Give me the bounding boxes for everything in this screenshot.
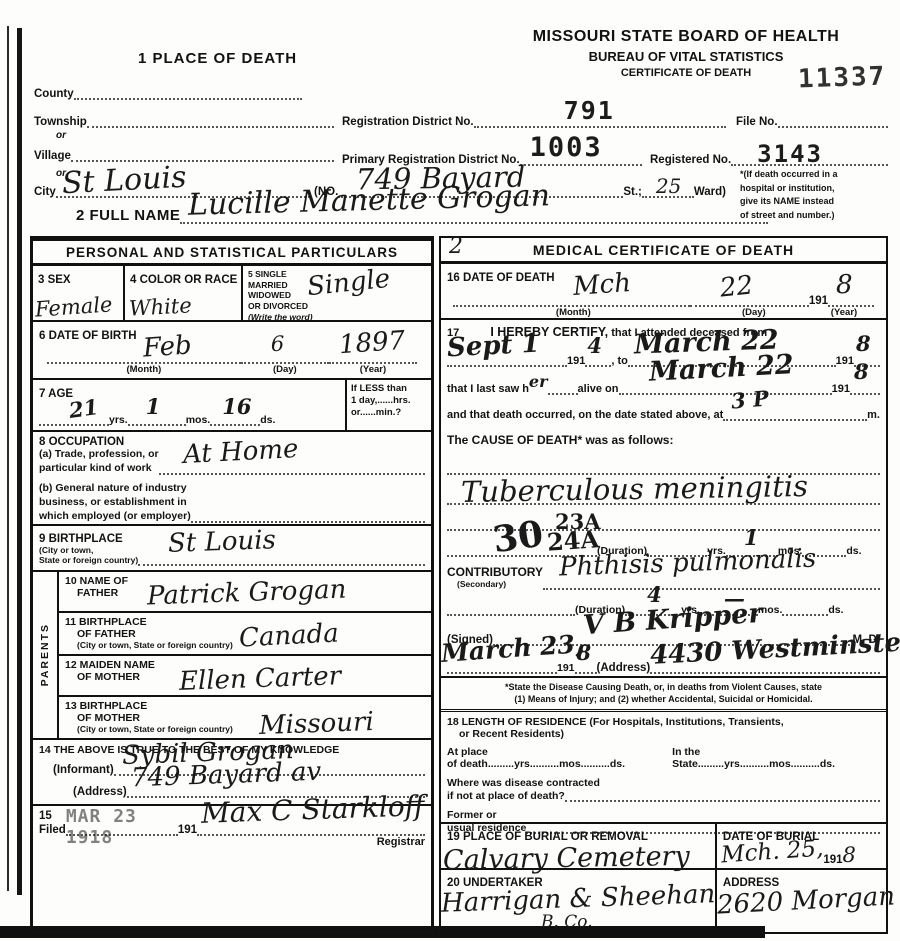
mother-name-handwritten: Ellen Carter — [179, 663, 342, 695]
father-name-handwritten: Patrick Grogan — [147, 577, 347, 610]
father-birthplace-row: 11 BIRTHPLACE OF FATHER (City or town, S… — [59, 613, 431, 656]
certificate-document: 1 PLACE OF DEATH MISSOURI STATE BOARD OF… — [30, 26, 888, 934]
board-title: MISSOURI STATE BOARD OF HEALTH — [490, 28, 882, 46]
township-label: Township — [34, 116, 87, 128]
filed-date-stamp: MAR 23 1918 — [66, 806, 178, 848]
undertaker-cell: 20 UNDERTAKER Harrigan & Sheehan B. Co. — [441, 870, 717, 932]
occupation-row: 8 OCCUPATION (a) Trade, profession, or p… — [33, 432, 431, 526]
father-birthplace-handwritten: Canada — [238, 620, 339, 651]
contributory-handwritten: Phthisis pulmonalis — [559, 545, 817, 580]
sex-cell: 3 SEX Female — [33, 266, 125, 320]
parents-vertical-label: PARENTS — [33, 572, 59, 738]
village-blank — [71, 160, 334, 162]
burial-place-cell: 19 PLACE OF BURIAL OR REMOVAL Calvary Ce… — [441, 824, 717, 868]
file-no-label: File No. — [736, 116, 778, 128]
st-label: St.; — [623, 186, 642, 198]
place-of-death-title: 1 PLACE OF DEATH — [138, 50, 297, 67]
contributory-label: CONTRIBUTORY — [447, 565, 543, 579]
year-sublabel: (Year) — [329, 364, 417, 375]
sex-color-marital-row: 3 SEX Female 4 COLOR OR RACE White 5 SIN… — [33, 266, 431, 322]
column-mark-handwritten: 2 — [449, 236, 463, 258]
age-row: 7 AGE 21 yrs. 1 mos. 16 — [33, 380, 431, 432]
filed-row: 15 Filed MAR 23 1918 191 Max C Starkloff… — [33, 806, 431, 862]
file-no-row: File No. — [736, 116, 888, 128]
dod-year-handwritten: 8 — [836, 272, 853, 298]
occupation-b-blank — [191, 510, 425, 523]
registered-no-row: Registered No. 3143 — [650, 154, 888, 166]
full-name-handwritten: Lucille Manette Grogan — [188, 181, 551, 220]
file-no-blank — [778, 126, 888, 128]
primary-registration-line: 1003 — [520, 164, 642, 166]
dob-year-handwritten: 1897 — [338, 328, 406, 359]
village-label: Village — [34, 150, 71, 162]
age-mos-handwritten: 1 — [146, 396, 161, 417]
registration-district-line: 791 — [474, 126, 726, 128]
death-certificate-scan: 1 PLACE OF DEATH MISSOURI STATE BOARD OF… — [0, 0, 900, 941]
medical-certificate-column: 2 MEDICAL CERTIFICATE OF DEATH 16 DATE O… — [439, 236, 888, 934]
cause-of-death-label: The CAUSE OF DEATH* was as follows: — [447, 433, 880, 447]
last-saw-year-handwritten: 8 — [854, 361, 869, 382]
mother-birthplace-handwritten: Missouri — [259, 709, 375, 739]
header-section: 1 PLACE OF DEATH MISSOURI STATE BOARD OF… — [30, 26, 888, 236]
township-row: Township — [34, 116, 334, 128]
age-yrs-handwritten: 21 — [68, 396, 100, 421]
certificate-number-stamp: 11337 — [797, 61, 886, 94]
dod-day-handwritten: 22 — [719, 272, 755, 301]
birthplace-row: 9 BIRTHPLACE (City or town, State or for… — [33, 526, 431, 572]
registered-no-stamp: 3143 — [757, 140, 823, 168]
burial-date-year-handwritten: 8 — [843, 845, 856, 866]
attended-to-year-handwritten: 8 — [856, 333, 871, 354]
agency-header: MISSOURI STATE BOARD OF HEALTH BUREAU OF… — [490, 28, 882, 79]
county-label: County — [34, 88, 74, 100]
marital-note: (Write the word) — [248, 312, 426, 323]
certificate-body: PERSONAL AND STATISTICAL PARTICULARS 3 S… — [30, 236, 888, 934]
burial-row: 19 PLACE OF BURIAL OR REMOVAL Calvary Ce… — [441, 824, 886, 870]
date-of-birth-row: 6 DATE OF BIRTH Feb 6 1897 (Month) — [33, 322, 431, 380]
color-race-handwritten: White — [128, 295, 192, 319]
cause-handwritten: Tuberculous meningitis — [461, 472, 808, 507]
ward-handwritten: 25 — [656, 176, 681, 196]
county-blank — [74, 98, 302, 100]
certificate-title: CERTIFICATE OF DEATH 11337 — [490, 67, 882, 79]
code-30-handwritten: 30 — [491, 516, 546, 559]
burial-date-handwritten: Mch. 25, — [720, 837, 824, 867]
personal-particulars-column: PERSONAL AND STATISTICAL PARTICULARS 3 S… — [30, 236, 434, 934]
color-race-cell: 4 COLOR OR RACE White — [125, 266, 243, 320]
attended-from-handwritten: Sept 1 — [446, 331, 540, 362]
burial-date-cell: DATE OF BURIAL Mch. 25, 191 8 — [717, 824, 886, 868]
undertaker-sub-handwritten: B. Co. — [541, 914, 593, 931]
or-text-1: or — [56, 130, 66, 141]
registered-no-label: Registered No. — [650, 154, 731, 166]
registration-district-label: Registration District No. — [342, 116, 474, 128]
burial-place-label: 19 PLACE OF BURIAL OR REMOVAL — [447, 831, 648, 843]
dob-day-handwritten: 6 — [271, 334, 284, 355]
dod-month-handwritten: Mch — [572, 270, 632, 300]
undertaker-address-handwritten: 2620 Morgan — [716, 883, 895, 918]
birthplace-handwritten: St Louis — [168, 527, 277, 557]
full-name-line: Lucille Manette Grogan — [180, 202, 768, 224]
scan-edge-line — [7, 26, 9, 891]
dod-label: 16 DATE OF DEATH — [447, 272, 555, 284]
scan-edge-bar — [17, 28, 22, 895]
signed-date-year-handwritten: 8 — [577, 642, 592, 663]
attended-from-year-handwritten: 4 — [587, 335, 602, 356]
personal-title: PERSONAL AND STATISTICAL PARTICULARS — [33, 241, 431, 266]
death-time-handwritten: 3 P — [730, 387, 769, 411]
informant-address-handwritten: 749 Bayard av — [130, 758, 321, 791]
registered-no-line: 3143 — [731, 164, 888, 166]
duration2-yrs-handwritten: 4 — [647, 584, 662, 605]
mother-name-row: 12 MAIDEN NAME OF MOTHER Ellen Carter — [59, 656, 431, 697]
occupation-handwritten: At Home — [182, 436, 299, 468]
undertaker-row: 20 UNDERTAKER Harrigan & Sheehan B. Co. … — [441, 870, 886, 932]
county-row: County — [34, 88, 302, 100]
age-main-cell: 7 AGE 21 yrs. 1 mos. 16 — [33, 380, 345, 430]
medical-title: MEDICAL CERTIFICATE OF DEATH — [441, 238, 886, 264]
sex-label: 3 SEX — [38, 274, 71, 286]
cause-block: Tuberculous meningitis 23A 30 24A (Durat… — [441, 449, 886, 676]
date-of-death-row: 16 DATE OF DEATH Mch 22 191 8 — [441, 264, 886, 320]
registration-district-row: Registration District No. 791 — [342, 116, 726, 128]
dob-month-handwritten: Feb — [142, 332, 192, 361]
age-ds-handwritten: 16 — [222, 396, 251, 417]
secondary-label: (Secondary) — [457, 579, 543, 590]
city-label: City — [34, 186, 56, 198]
dob-label: 6 DATE OF BIRTH — [39, 330, 137, 342]
violent-causes-footnote: *State the Disease Causing Death, or, in… — [441, 678, 886, 712]
disease-contracted-block: Where was disease contracted if not at p… — [447, 777, 880, 802]
full-name-label: 2 FULL NAME — [76, 207, 180, 224]
registration-district-stamp: 791 — [564, 96, 615, 125]
month-sublabel: (Month) — [47, 364, 241, 375]
sex-handwritten: Female — [34, 294, 113, 320]
age-less-cell: If LESS than 1 day,......hrs. or......mi… — [345, 380, 431, 430]
last-saw-er-handwritten: er — [529, 374, 548, 390]
father-name-row: 10 NAME OF FATHER Patrick Grogan — [59, 572, 431, 613]
primary-registration-stamp: 1003 — [530, 132, 603, 163]
at-place-cell: At place of death.........yrs..........m… — [447, 746, 672, 770]
township-blank — [87, 126, 334, 128]
registrar-signature: Max C Starkloff — [201, 792, 425, 828]
birthplace-label: 9 BIRTHPLACE — [39, 533, 138, 545]
city-handwritten: St Louis — [61, 163, 187, 199]
marital-cell: 5 SINGLE MARRIED WIDOWED OR DIVORCED (Wr… — [243, 266, 431, 320]
ward-close-label: Ward) — [694, 186, 726, 198]
signed-address-label: (Address) — [597, 662, 651, 674]
length-of-residence-row: 18 LENGTH OF RESIDENCE (For Hospitals, I… — [441, 712, 886, 824]
certify-block: 17 I HEREBY CERTIFY, that I attended dec… — [441, 320, 886, 449]
bureau-title: BUREAU OF VITAL STATISTICS — [490, 49, 882, 64]
undertaker-address-cell: ADDRESS 2620 Morgan — [717, 870, 886, 932]
ward-line: 25 — [642, 196, 694, 198]
parents-block: PARENTS 10 NAME OF FATHER Patrick Grogan… — [33, 572, 431, 740]
full-name-row: 2 FULL NAME Lucille Manette Grogan — [76, 202, 768, 224]
day-sublabel: (Day) — [241, 364, 329, 375]
in-state-cell: In the State.........yrs..........mos...… — [672, 746, 880, 770]
last-saw-date-handwritten: March 22 — [648, 351, 794, 386]
color-race-label: 4 COLOR OR RACE — [130, 274, 237, 286]
mother-birthplace-row: 13 BIRTHPLACE OF MOTHER (City or town, S… — [59, 697, 431, 738]
